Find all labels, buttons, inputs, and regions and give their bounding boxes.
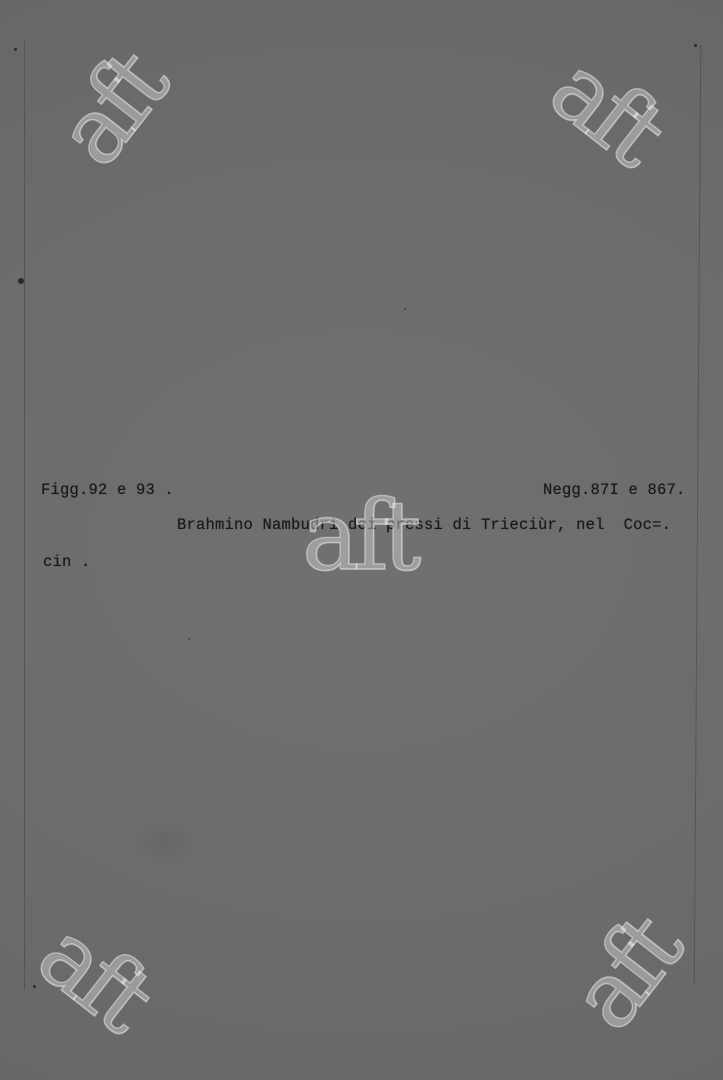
dust-speck [694,44,697,47]
figure-reference: Figg.92 e 93 . [41,481,174,499]
negative-reference: Negg.87I e 867. [543,481,686,499]
dust-speck [18,278,24,284]
dust-speck [404,308,406,310]
watermark-bottom-right: aft [556,903,695,1045]
watermark-bottom-left: aft [23,907,165,1046]
caption-line-1: Brahmino Nambudri dei pressi di Trieciùr… [177,516,671,534]
right-edge-line [694,45,702,985]
watermark-center: aft [302,488,415,584]
dust-speck [188,638,190,640]
caption-line-2: cin . [43,553,91,571]
dust-speck [14,48,17,51]
watermark-top-left: aft [42,39,181,181]
watermark-top-right: aft [535,41,677,180]
document-card: aft aft aft aft Figg.92 e 93 . Negg.87I … [0,0,723,1080]
left-edge-line [24,40,25,990]
